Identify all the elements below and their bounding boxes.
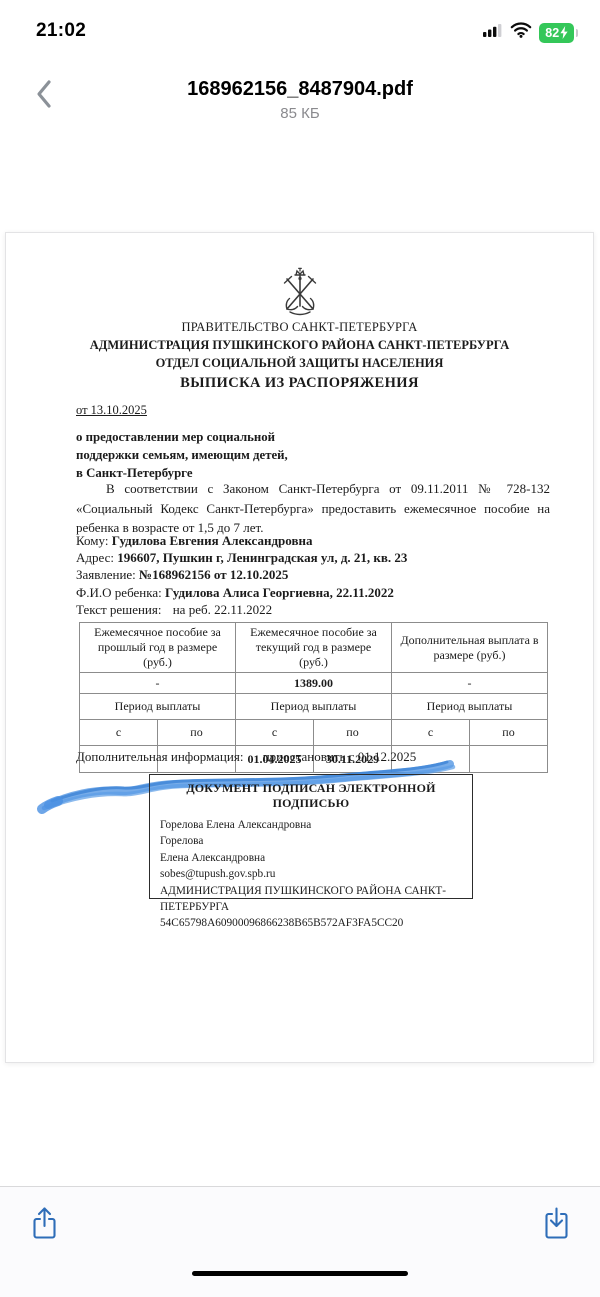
period-label-cell: Период выплаты <box>392 694 548 720</box>
table-header-cell: Дополнительная выплата в размере (руб.) <box>392 623 548 673</box>
period-label-cell: Период выплаты <box>80 694 236 720</box>
nav-header: 168962156_8487904.pdf 85 КБ <box>0 66 600 136</box>
battery-charging-icon: 82 <box>539 23 578 43</box>
additional-info-value: приостановить с 01.12.2025 <box>263 749 417 764</box>
signature-signer-full: Горелова Елена Александровна <box>160 817 462 833</box>
table-header-cell: Ежемесячное пособие за текущий год в раз… <box>236 623 392 673</box>
document-date: от 13.10.2025 <box>76 403 147 418</box>
decision-value: на реб. 22.11.2022 <box>173 602 272 617</box>
period-value-cell <box>470 746 548 773</box>
spb-coat-of-arms-icon <box>6 266 593 323</box>
from-label-cell: с <box>392 720 470 746</box>
table-amount-cell: 1389.00 <box>236 673 392 694</box>
from-label-cell: с <box>80 720 158 746</box>
recipient-line: Адрес: 196607, Пушкин г, Ленинградская у… <box>76 549 550 566</box>
decision-label: Текст решения: <box>76 602 161 617</box>
wifi-icon <box>510 22 532 43</box>
additional-info: Дополнительная информация: приостановить… <box>76 749 416 765</box>
subject-line: о предоставлении мер социальной <box>76 428 288 446</box>
body-paragraph: В соответствии с Законом Санкт-Петербург… <box>76 479 550 538</box>
recipient-line: Заявление: №168962156 от 12.10.2025 <box>76 566 550 583</box>
org-government: ПРАВИТЕЛЬСТВО САНКТ-ПЕТЕРБУРГА <box>6 318 593 336</box>
child-name-value: Гудилова Алиса Георгиевна, 22.11.2022 <box>165 585 394 600</box>
back-button[interactable] <box>26 74 62 118</box>
signature-header: ДОКУМЕНТ ПОДПИСАН ЭЛЕКТРОННОЙ ПОДПИСЬЮ <box>160 781 462 811</box>
recipient-line: Кому: Гудилова Евгения Александровна <box>76 532 550 549</box>
status-bar: 21:02 82 <box>0 0 600 56</box>
cellular-signal-icon <box>483 24 503 42</box>
subject-block: о предоставлении мер социальной поддержк… <box>76 428 288 482</box>
share-icon <box>31 1206 58 1245</box>
recipient-label: Кому: <box>76 533 108 548</box>
address-label: Адрес: <box>76 550 114 565</box>
signature-given-names: Елена Александровна <box>160 850 462 866</box>
share-button[interactable] <box>22 1201 66 1249</box>
additional-info-label: Дополнительная информация: <box>76 749 243 764</box>
download-icon <box>543 1206 570 1245</box>
child-name-label: Ф.И.О ребенка: <box>76 585 162 600</box>
to-label-cell: по <box>470 720 548 746</box>
address-value: 196607, Пушкин г, Ленинградская ул, д. 2… <box>117 550 407 565</box>
signature-email: sobes@tupush.gov.spb.ru <box>160 866 462 882</box>
recipient-block: Кому: Гудилова Евгения Александровна Адр… <box>76 532 550 618</box>
from-label-cell: с <box>236 720 314 746</box>
pdf-page: ПРАВИТЕЛЬСТВО САНКТ-ПЕТЕРБУРГА АДМИНИСТР… <box>5 232 594 1063</box>
application-label: Заявление: <box>76 567 136 582</box>
recipient-value: Гудилова Евгения Александровна <box>112 533 313 548</box>
to-label-cell: по <box>314 720 392 746</box>
battery-percent: 82 <box>545 26 559 40</box>
table-amount-cell: - <box>80 673 236 694</box>
application-value: №168962156 от 12.10.2025 <box>139 567 288 582</box>
recipient-line: Текст решения: на реб. 22.11.2022 <box>76 601 550 618</box>
home-indicator[interactable] <box>192 1271 408 1276</box>
chevron-left-icon <box>35 79 53 114</box>
table-header-cell: Ежемесячное пособие за прошлый год в раз… <box>80 623 236 673</box>
signature-surname: Горелова <box>160 833 462 849</box>
file-size: 85 КБ <box>0 105 600 122</box>
org-administration: АДМИНИСТРАЦИЯ ПУШКИНСКОГО РАЙОНА САНКТ-П… <box>6 336 593 354</box>
subject-line: поддержки семьям, имеющим детей, <box>76 446 288 464</box>
table-amount-cell: - <box>392 673 548 694</box>
signature-certificate: 54C65798A60900096866238B65B572AF3FA5CC20 <box>160 915 462 931</box>
file-title: 168962156_8487904.pdf <box>0 66 600 101</box>
org-header: ПРАВИТЕЛЬСТВО САНКТ-ПЕТЕРБУРГА АДМИНИСТР… <box>6 318 593 372</box>
period-label-cell: Период выплаты <box>236 694 392 720</box>
document-title: ВЫПИСКА ИЗ РАСПОРЯЖЕНИЯ <box>6 375 593 392</box>
to-label-cell: по <box>158 720 236 746</box>
bottom-toolbar <box>0 1186 600 1297</box>
signature-organization: АДМИНИСТРАЦИЯ ПУШКИНСКОГО РАЙОНА САНКТ-П… <box>160 883 460 916</box>
clock: 21:02 <box>36 20 86 42</box>
recipient-line: Ф.И.О ребенка: Гудилова Алиса Георгиевна… <box>76 584 550 601</box>
electronic-signature-box: ДОКУМЕНТ ПОДПИСАН ЭЛЕКТРОННОЙ ПОДПИСЬЮ Г… <box>149 774 473 899</box>
download-button[interactable] <box>534 1201 578 1249</box>
org-department: ОТДЕЛ СОЦИАЛЬНОЙ ЗАЩИТЫ НАСЕЛЕНИЯ <box>6 354 593 372</box>
